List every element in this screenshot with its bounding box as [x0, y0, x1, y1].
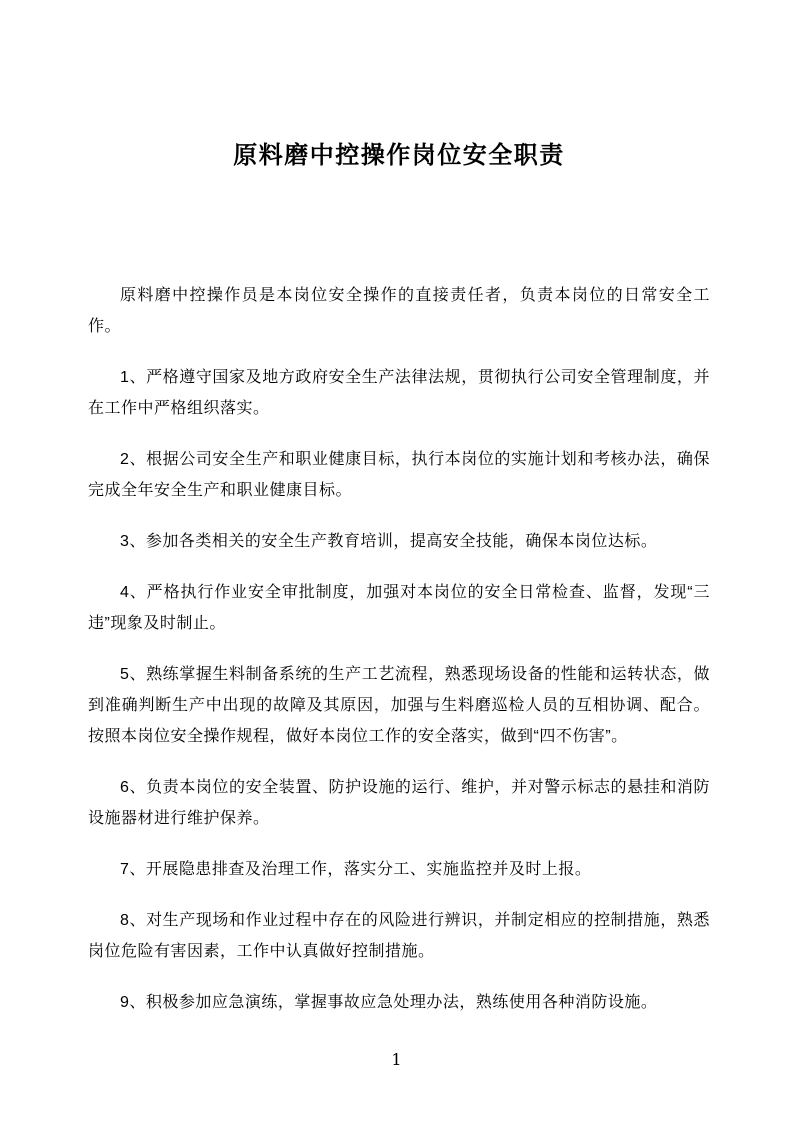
duty-paragraph-2: 2、根据公司安全生产和职业健康目标，执行本岗位的实施计划和考核办法，确保完成全年… [88, 444, 710, 506]
duty-paragraph-5: 5、熟练掌握生料制备系统的生产工艺流程，熟悉现场设备的性能和运转状态，做到准确判… [88, 659, 710, 752]
duty-paragraph-7: 7、开展隐患排查及治理工作，落实分工、实施监控并及时上报。 [88, 854, 710, 885]
duty-paragraph-9: 9、积极参加应急演练，掌握事故应急处理办法，熟练使用各种消防设施。 [88, 987, 710, 1018]
duty-paragraph-8: 8、对生产现场和作业过程中存在的风险进行辨识，并制定相应的控制措施，熟悉岗位危险… [88, 905, 710, 967]
duty-paragraph-4: 4、严格执行作业安全审批制度，加强对本岗位的安全日常检查、监督，发现“三违”现象… [88, 577, 710, 639]
document-page: 原料磨中控操作岗位安全职责 原料磨中控操作员是本岗位安全操作的直接责任者，负责本… [0, 0, 793, 1122]
duty-paragraph-6: 6、负责本岗位的安全装置、防护设施的运行、维护，并对警示标志的悬挂和消防设施器材… [88, 772, 710, 834]
document-title: 原料磨中控操作岗位安全职责 [88, 140, 710, 172]
intro-paragraph: 原料磨中控操作员是本岗位安全操作的直接责任者，负责本岗位的日常安全工作。 [88, 280, 710, 342]
duty-paragraph-1: 1、严格遵守国家及地方政府安全生产法律法规，贯彻执行公司安全管理制度，并在工作中… [88, 362, 710, 424]
page-footer: 1 [0, 1050, 793, 1070]
page-number: 1 [391, 1050, 401, 1069]
document-content: 原料磨中控操作岗位安全职责 原料磨中控操作员是本岗位安全操作的直接责任者，负责本… [0, 0, 793, 1018]
duty-paragraph-3: 3、参加各类相关的安全生产教育培训，提高安全技能，确保本岗位达标。 [88, 526, 710, 557]
